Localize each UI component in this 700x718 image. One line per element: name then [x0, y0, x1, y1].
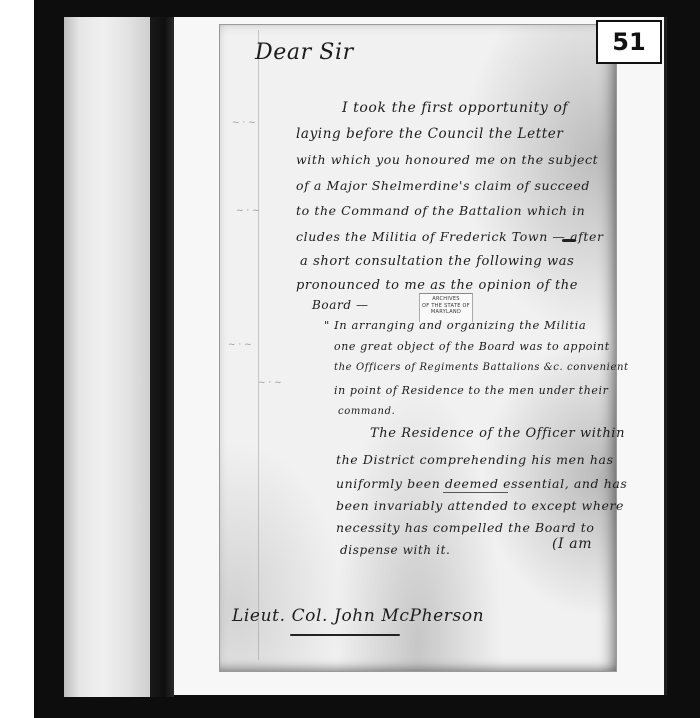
- letter-line: with which you honoured me on the subjec…: [296, 152, 598, 167]
- letter-line: " In arranging and organizing the Militi…: [324, 318, 586, 332]
- marginal-note: ~ · ~: [228, 340, 252, 350]
- frame-number-label: 51: [596, 20, 662, 64]
- letter-line: I took the first opportunity of: [342, 100, 568, 116]
- letter-line: uniformly been deemed essential, and has: [336, 476, 627, 491]
- ink-dash: [562, 239, 576, 242]
- binding-gutter: [150, 17, 174, 697]
- letter-line: The Residence of the Officer within: [370, 426, 625, 441]
- marginal-note: ~ · ~: [236, 206, 260, 216]
- letter-line: a short consultation the following was: [300, 254, 574, 269]
- letter-line: to the Command of the Battalion which in: [296, 203, 585, 218]
- marginal-note: ~ · ~: [258, 378, 282, 388]
- signature: Lieut. Col. John McPherson: [232, 606, 484, 626]
- signature-flourish: [290, 634, 400, 636]
- letter-line: command.: [338, 406, 395, 417]
- letter-line: been invariably attended to except where: [336, 498, 624, 513]
- marginal-note: ~ · ~: [232, 118, 256, 128]
- letter-line: cludes the Militia of Frederick Town — a…: [296, 229, 604, 244]
- letter-line: of a Major Shelmerdine's claim of succee…: [296, 178, 590, 193]
- salutation: Dear Sir: [255, 40, 354, 65]
- ink-underline: [443, 492, 508, 493]
- letter-line: the District comprehending his men has: [336, 452, 614, 467]
- letter-line: Board —: [312, 298, 369, 312]
- adjacent-page-edge: [64, 17, 150, 697]
- stamp-line: MARYLAND: [420, 309, 472, 316]
- catchword: (I am: [552, 536, 592, 552]
- letter-line: laying before the Council the Letter: [296, 126, 563, 142]
- letter-line: the Officers of Regiments Battalions &c.…: [334, 362, 629, 373]
- letter-line: pronounced to me as the opinion of the: [296, 278, 578, 293]
- letter-line: one great object of the Board was to app…: [334, 340, 610, 353]
- letter-line: in point of Residence to the men under t…: [334, 384, 608, 397]
- letter-line: dispense with it.: [340, 543, 450, 557]
- mounting-sheet-edge: [664, 17, 667, 695]
- letter-line: necessity has compelled the Board to: [336, 520, 594, 535]
- margin-fold-line: [258, 30, 259, 660]
